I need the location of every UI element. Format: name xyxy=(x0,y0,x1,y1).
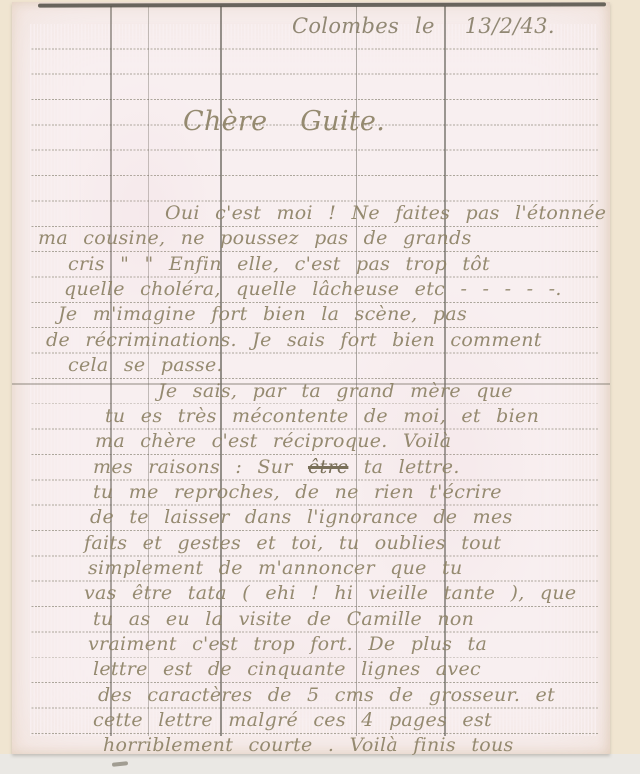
letter-line: Je m'imagine fort bien la scène, pas xyxy=(58,303,467,325)
letter-line: Oui c'est moi ! Ne faites pas l'étonnée xyxy=(165,202,606,224)
paper-top-edge xyxy=(38,2,606,7)
letter-line: lettre est de cinquante lignes avec xyxy=(93,658,481,680)
letter-line: des caractères de 5 cms de grosseur. et xyxy=(98,684,555,706)
letter-line: tu me reproches, de ne rien t'écrire xyxy=(93,481,502,503)
letter-salutation: Chère Guite. xyxy=(183,106,385,137)
letter-line: vas être tata ( ehi ! hi vieille tante )… xyxy=(84,582,576,604)
letter-line: cela se passe. xyxy=(68,354,223,376)
letter-line: simplement de m'annoncer que tu xyxy=(88,557,463,579)
letter-line: quelle choléra, quelle lâcheuse etc - - … xyxy=(64,278,562,300)
letter-line: tu es très mécontente de moi, et bien xyxy=(105,405,539,427)
struck-word: être xyxy=(308,456,348,478)
letter-dateline: Colombes le13/2/43. xyxy=(292,14,555,38)
letter-line-with-strikethrough: mes raisons : Sur être ta lettre. xyxy=(93,456,460,478)
scanned-letter-page: Colombes le13/2/43. Chère Guite. Oui c'e… xyxy=(0,0,640,774)
letter-line: ma cousine, ne poussez pas de grands xyxy=(38,227,472,249)
letter-line: faits et gestes et toi, tu oublies tout xyxy=(84,532,501,554)
letter-line: de récriminations. Je sais fort bien com… xyxy=(46,329,542,351)
letter-line: vraiment c'est trop fort. De plus ta xyxy=(88,633,487,655)
scanner-bottom-band xyxy=(0,754,640,774)
line-segment: mes raisons : Sur xyxy=(93,456,308,478)
letter-line: de te laisser dans l'ignorance de mes xyxy=(90,506,513,528)
line-segment: ta lettre. xyxy=(348,456,459,478)
letter-line: horriblement courte . Voilà finis tous xyxy=(103,734,514,756)
letter-date: 13/2/43. xyxy=(465,14,555,38)
letter-line: cris " " Enfin elle, c'est pas trop tôt xyxy=(68,253,490,275)
letter-line: Je sais, par ta grand mère que xyxy=(158,380,513,402)
letter-line: tu as eu la visite de Camille non xyxy=(93,608,474,630)
letter-line: ma chère c'est réciproque. Voilà xyxy=(95,430,451,452)
letter-place: Colombes le xyxy=(292,14,435,38)
letter-line: cette lettre malgré ces 4 pages est xyxy=(93,709,492,731)
